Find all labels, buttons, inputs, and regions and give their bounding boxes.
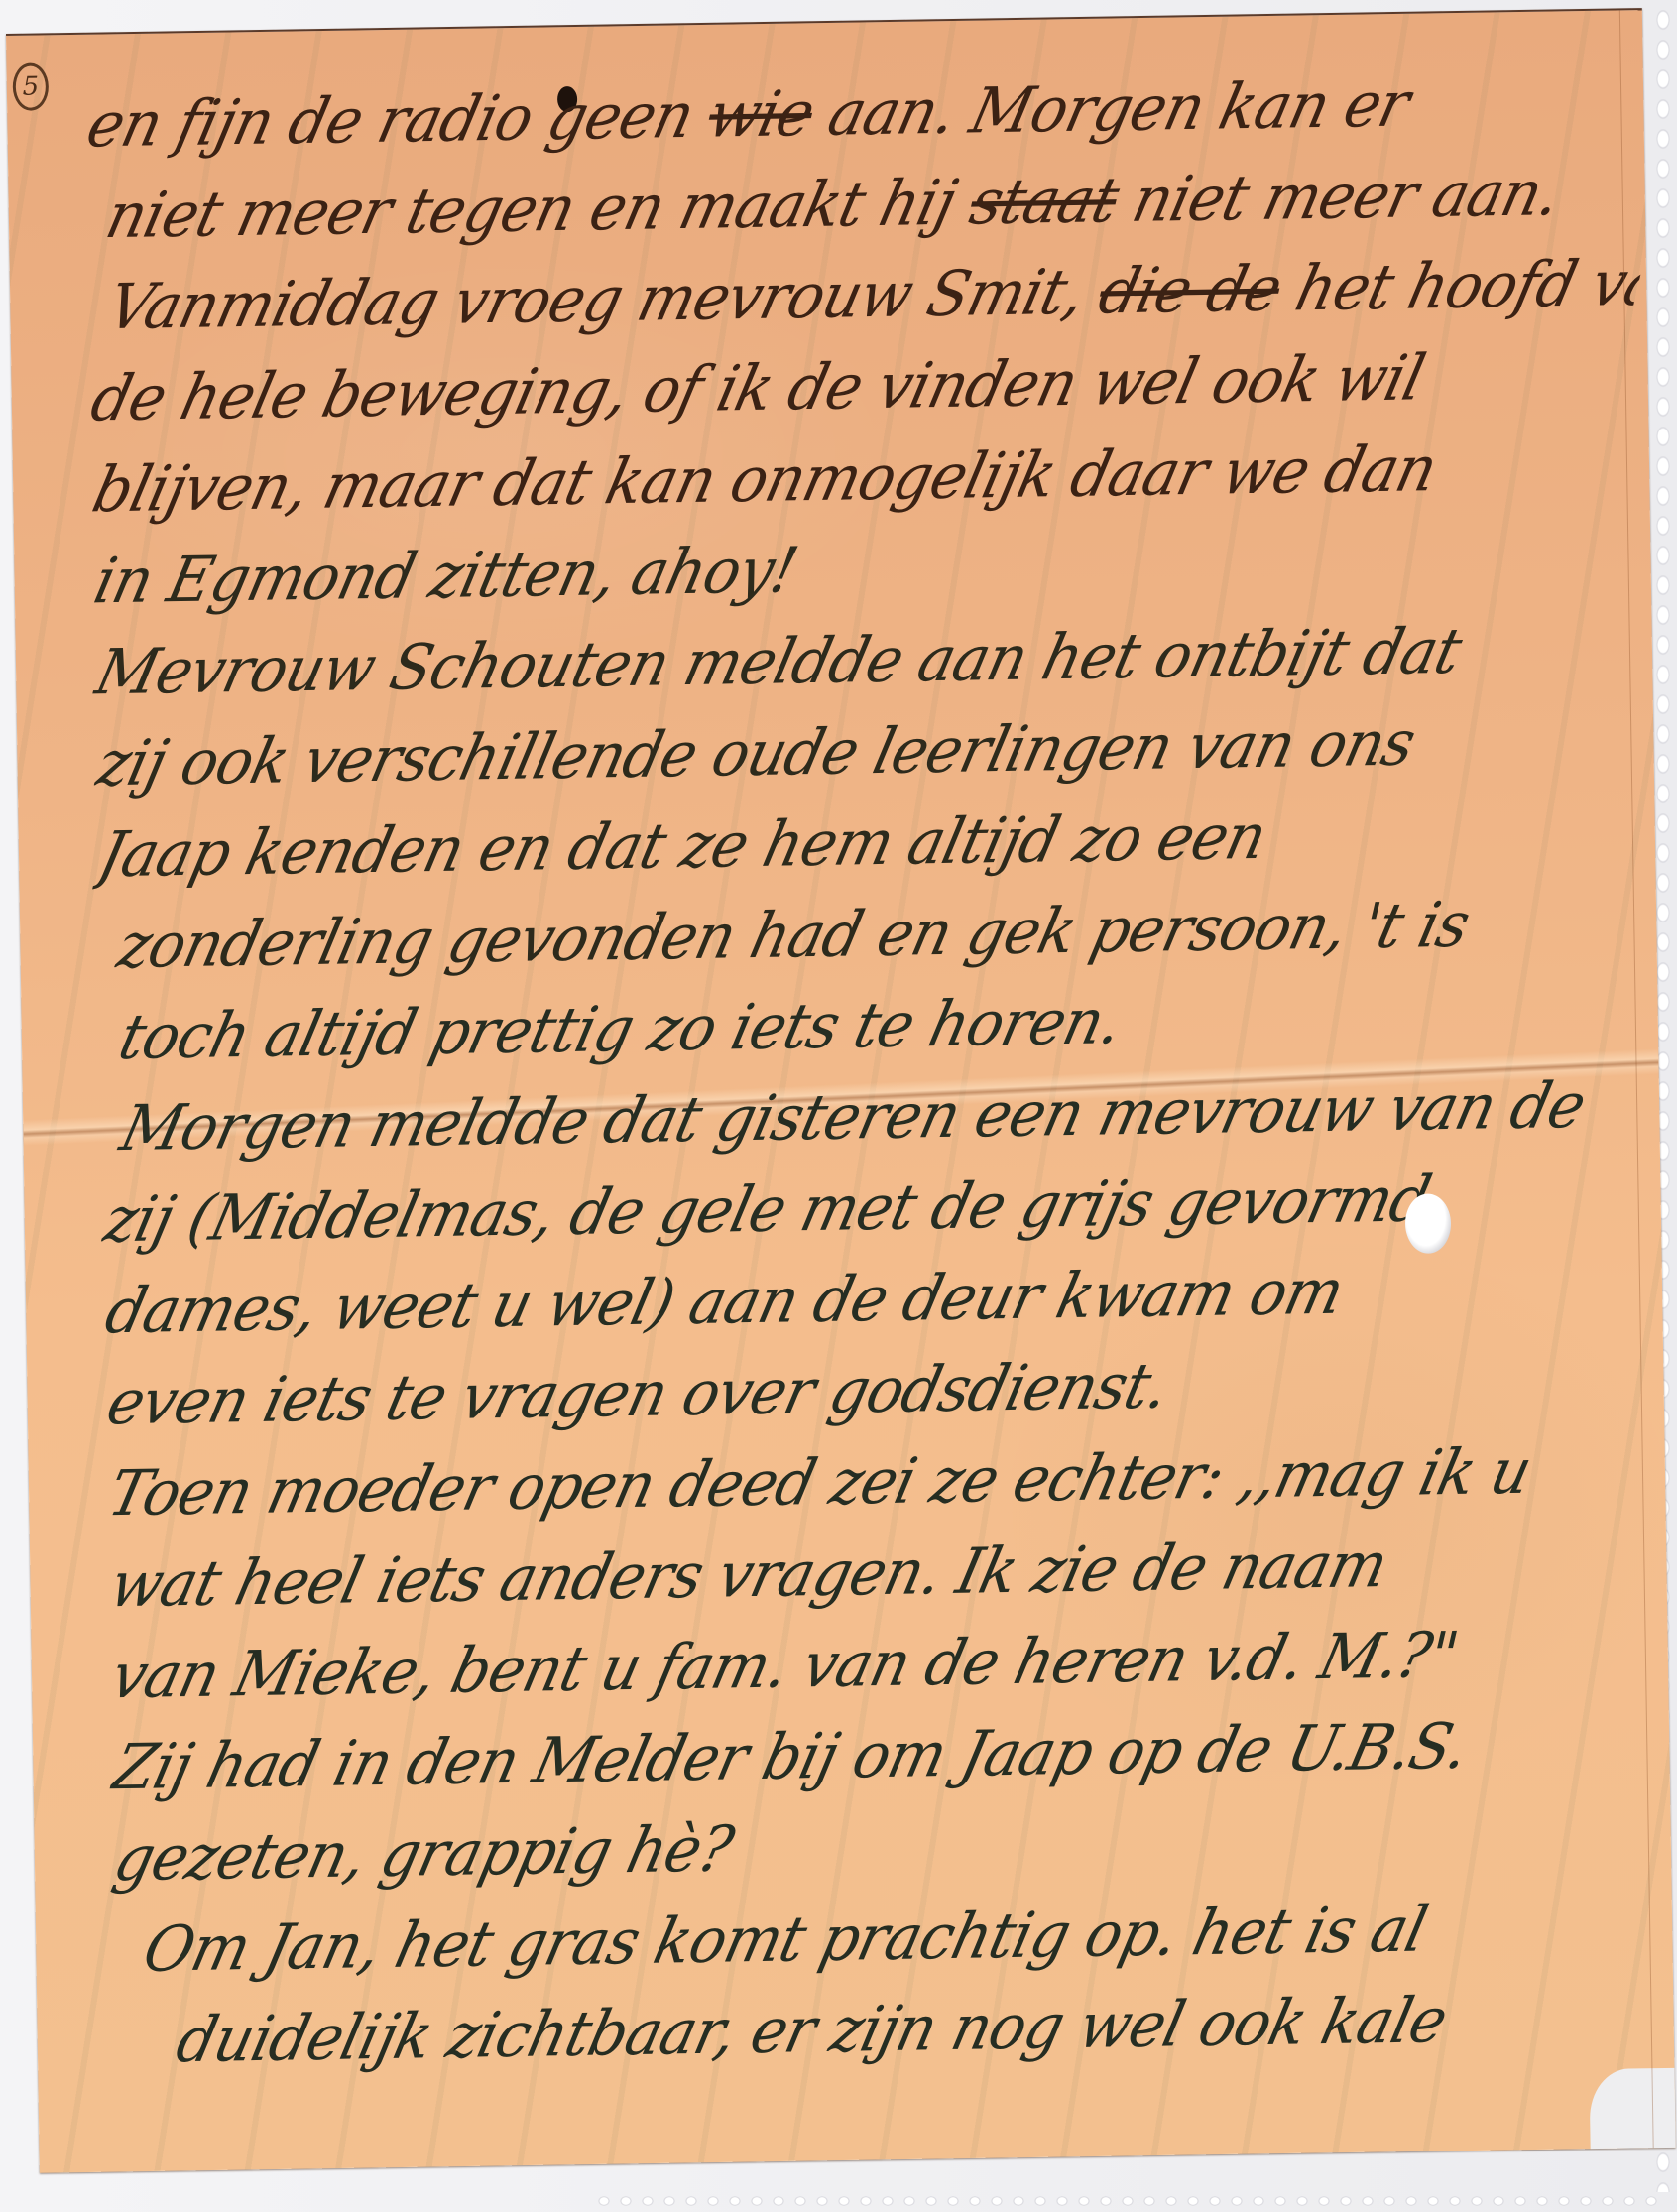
crossed-out-word: die de [1092, 253, 1287, 329]
torn-corner [1589, 2068, 1675, 2149]
letter-body: en fijn de radio geen wie aan. Morgen ka… [76, 58, 1655, 2089]
sleeve-perforations-bottom [595, 2194, 1666, 2208]
crossed-out-word: wie [701, 77, 820, 152]
page-number-circled: 5 [12, 62, 49, 111]
letter-page: 5 en fijn de radio geen wie aan. Morgen … [6, 8, 1676, 2173]
crossed-out-word: staat [963, 164, 1125, 239]
